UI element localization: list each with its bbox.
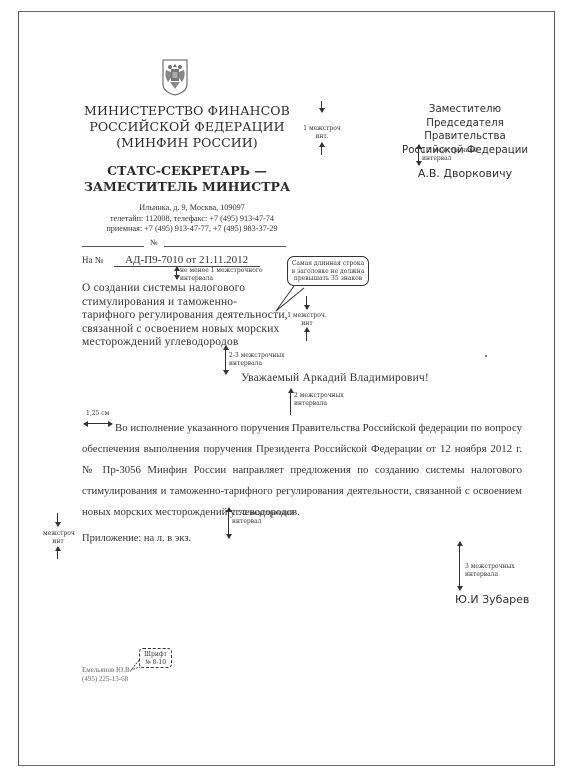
letter-subject: О создании системы налогового стимулиров…	[82, 282, 292, 350]
address-line: Ильинка, д. 9, Москва, 109097	[82, 203, 302, 214]
executor-name: Емельянов Ю.В.	[82, 666, 131, 675]
note-line: инт.	[303, 133, 341, 141]
subject-line: тарифного регулирования деятельности,	[82, 309, 292, 323]
signer-spacing-note: 3 межстрочных интервала	[465, 563, 515, 578]
note-line: интервала	[465, 571, 515, 579]
note-line: в заголовке не должна	[288, 268, 368, 276]
registration-line: №	[82, 238, 302, 247]
note-line: интервала	[229, 360, 285, 368]
note-line: превышать 35 знаков	[288, 275, 368, 283]
note-line: 1.5-2 межстрочный	[232, 510, 294, 518]
indent-note: 1,25 см	[86, 410, 109, 418]
note-line: 1 межстроч.	[284, 312, 330, 320]
spacing-arrow-up	[57, 547, 58, 559]
addressee-name-spacing-note: 1.5 межстрочный интервал	[422, 147, 478, 162]
subject-length-callout: Самая длинная строка в заголовке не долж…	[287, 256, 369, 286]
spacing-arrow	[418, 145, 419, 165]
note-line: инт	[284, 320, 330, 328]
ministry-line: (МИНФИН РОССИИ)	[82, 135, 292, 151]
note-line: 1.5 межстрочный	[422, 147, 478, 155]
salutation-spacing-note: 2-3 межстрочных интервала	[229, 352, 285, 367]
subject-spacing-note: 1 межстроч. инт	[284, 312, 330, 327]
ministry-address: Ильинка, д. 9, Москва, 109097 телетайп: …	[82, 203, 302, 235]
note-line: 1 межстроч	[303, 125, 341, 133]
note-line: интервал	[232, 518, 294, 526]
addressee-line: Заместителю	[390, 103, 540, 117]
spacing-arrow	[176, 267, 177, 279]
addressee-name: А.В. Дворковичу	[390, 167, 540, 180]
signer-name: Ю.И Зубарев	[455, 593, 529, 606]
executor-block: Емельянов Ю.В. (495) 225-13-68	[82, 666, 131, 684]
note-line: Шрифт	[140, 651, 171, 659]
spacing-arrow	[225, 346, 226, 374]
coat-of-arms-icon	[161, 58, 189, 96]
note-line: не менее 1 межстрочного	[180, 267, 263, 275]
subject-line: месторождений углеводородов	[82, 336, 292, 350]
salutation: Уважаемый Аркадий Владимирович!	[205, 372, 465, 384]
spacing-arrow-down	[57, 513, 58, 526]
spacing-arrow-up	[321, 143, 322, 155]
spacing-arrow-down	[306, 296, 307, 309]
reg-number-sign: №	[150, 238, 158, 247]
reference-line: На № АД-П9-7010 от 21.11.2012	[82, 254, 260, 267]
note-line: интервала	[294, 400, 344, 408]
spacing-arrow	[228, 508, 229, 538]
attachment-line: Приложение: на л. в экз.	[82, 533, 191, 544]
ref-label: На №	[82, 255, 103, 265]
ref-value: АД-П9-7010 от 21.11.2012	[114, 254, 260, 267]
spacing-arrow	[459, 542, 460, 590]
reception-line: приемная: +7 (495) 913-47-77, +7 (495) 9…	[82, 224, 302, 235]
position-title: СТАТС-СЕКРЕТАРЬ — ЗАМЕСТИТЕЛЬ МИНИСТРА	[82, 163, 292, 195]
note-line: межстроч	[43, 530, 73, 538]
note-line: 3 межстрочных	[465, 563, 515, 571]
addressee-line: Председателя Правительства	[390, 117, 540, 144]
note-line: 2-3 межстрочных	[229, 352, 285, 360]
position-line: СТАТС-СЕКРЕТАРЬ —	[82, 163, 292, 179]
note-line: инт	[43, 538, 73, 546]
reg-number-blank	[164, 238, 286, 247]
note-line: № 8-10	[140, 659, 171, 667]
spacing-arrow-down	[321, 101, 322, 112]
note-line: интервала	[180, 275, 263, 283]
addressee-spacing-note: 1 межстроч инт.	[303, 113, 341, 140]
font-size-callout: Шрифт № 8-10	[139, 648, 172, 668]
subject-line: стимулирования и таможенно-	[82, 296, 292, 310]
scan-speck	[485, 355, 487, 357]
note-line: 2 межстрочных	[294, 392, 344, 400]
subject-line: О создании системы налогового	[82, 282, 292, 296]
subject-line: связанной с освоением новых морских	[82, 323, 292, 337]
note-line: интервал	[422, 155, 478, 163]
executor-phone: (495) 225-13-68	[82, 675, 131, 684]
spacing-arrow-up	[290, 389, 291, 415]
spacing-arrow-up	[306, 328, 307, 341]
ministry-line: РОССИЙСКОЙ ФЕДЕРАЦИИ	[82, 119, 292, 135]
ministry-title: МИНИСТЕРСТВО ФИНАНСОВ РОССИЙСКОЙ ФЕДЕРАЦ…	[82, 103, 292, 151]
attachment-left-note: межстроч инт	[43, 530, 73, 545]
letter-body: Во исполнение указанного поручения Прави…	[82, 418, 522, 523]
note-line: Самая длинная строка	[288, 260, 368, 268]
position-line: ЗАМЕСТИТЕЛЬ МИНИСТРА	[82, 179, 292, 195]
ref-spacing-note: не менее 1 межстрочного интервала	[180, 267, 263, 282]
body-spacing-note: 2 межстрочных интервала	[294, 392, 344, 407]
reg-date-blank	[82, 238, 144, 247]
attachment-spacing-note: 1.5-2 межстрочный интервал	[232, 510, 294, 525]
phone-line: телетайп: 112008, телефакс: +7 (495) 913…	[82, 214, 302, 225]
ministry-line: МИНИСТЕРСТВО ФИНАНСОВ	[82, 103, 292, 119]
